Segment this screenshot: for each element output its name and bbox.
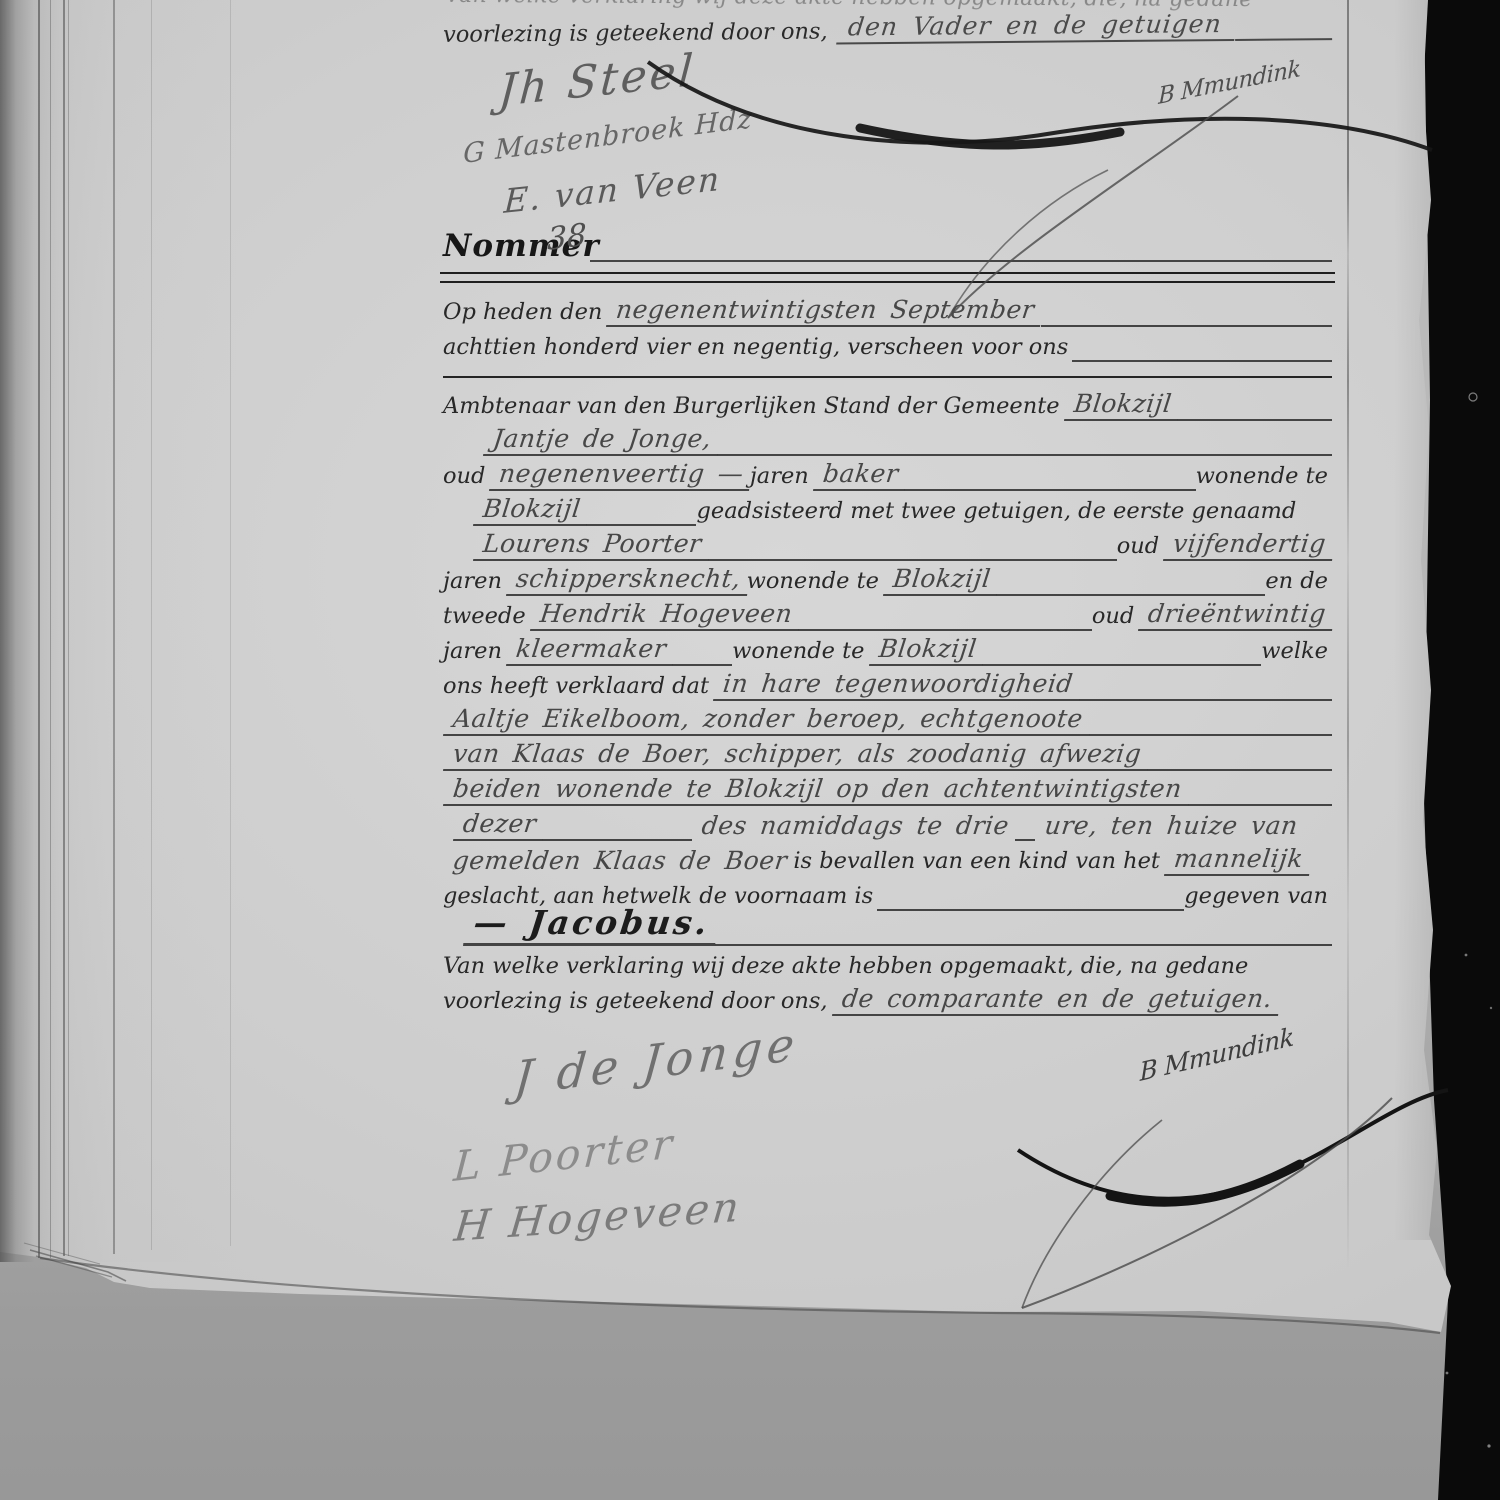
act-line: Op heden dennegenentwintigsten September (443, 292, 1332, 327)
blank-line (996, 580, 1265, 596)
page-edge-line (68, 0, 69, 1256)
act-body: Op heden dennegenentwintigsten September… (443, 292, 1332, 1016)
handwritten-entry: drieëntwintig (1138, 599, 1336, 631)
act-line: jarenschippersknecht,wonende teBlokzijle… (443, 561, 1332, 596)
handwritten-entry: kleermaker (506, 634, 676, 666)
blank-line (1015, 825, 1035, 841)
blank-line (877, 895, 1184, 911)
blank-line (1147, 755, 1332, 771)
record-number-value: 38 (547, 217, 587, 258)
handwritten-entry: beiden wonende te Blokzijl op den achten… (443, 774, 1192, 806)
printed-text: Ambtenaar van den Burgerlijken Stand der… (443, 393, 1064, 421)
page-edge-line (63, 0, 65, 1256)
page-edge-line (113, 0, 115, 1254)
handwritten-entry: schippersknecht, (506, 564, 751, 596)
blank-line (1041, 311, 1332, 327)
act-line: jarenkleermakerwonende teBlokzijlwelke (443, 631, 1332, 666)
blank-line (1235, 24, 1332, 41)
act-line: ons heeft verklaard datin hare tegenwoor… (443, 666, 1332, 701)
page-edge-line (230, 0, 231, 1246)
handwritten-entry: gemelden Klaas de Boer (443, 846, 797, 876)
blank-line (1188, 790, 1332, 806)
printed-text: oud (443, 463, 489, 491)
section-rule (443, 376, 1332, 378)
act-line: Ambtenaar van den Burgerlijken Stand der… (443, 386, 1332, 421)
handwritten-entry: den Vader en de getuigen (836, 9, 1237, 45)
act-line: Blokzijlgeadsisteerd met twee getuigen, … (443, 491, 1332, 526)
handwritten-entry: Blokzijl (1064, 389, 1181, 421)
record-number-fill-line (590, 260, 1332, 262)
printed-text: oud (1092, 603, 1138, 631)
handwritten-entry: mannelijk (1164, 844, 1313, 876)
handwritten-entry: Jantje de Jonge, (483, 424, 721, 456)
printed-text: achttien honderd vier en negentig, versc… (443, 334, 1072, 362)
printed-text: geadsisteerd met twee getuigen, de eerst… (696, 498, 1300, 526)
handwritten-entry: in hare tegenwoordigheid (713, 669, 1083, 701)
act-line: achttien honderd vier en negentig, versc… (443, 327, 1332, 362)
section-double-rule (440, 272, 1335, 283)
blank-line (672, 650, 732, 666)
page-edge-line (50, 0, 51, 1258)
printed-text: jaren (443, 638, 506, 666)
handwritten-entry: Lourens Poorter (473, 529, 711, 561)
printed-text: Van welke verklaring wij deze akte hebbe… (443, 953, 1252, 981)
ruled-margin-line (1347, 0, 1349, 1270)
act-line: tweedeHendrik Hogeveenouddrieëntwintig (443, 596, 1332, 631)
handwritten-entry: baker (813, 459, 908, 491)
handwritten-entry: vijfendertig (1163, 529, 1336, 561)
blank-line (708, 545, 1117, 561)
printed-text: wonende te (1196, 463, 1332, 491)
blank-line (904, 475, 1196, 491)
page-edge-line (38, 0, 40, 1258)
act-line: Aaltje Eikelboom, zonder beroep, echtgen… (443, 701, 1332, 736)
page-edge-line (151, 0, 152, 1250)
handwritten-entry: Hendrik Hogeveen (530, 599, 802, 631)
blank-line (1089, 720, 1332, 736)
act-line: dezerdes namiddags te drieure, ten huize… (443, 806, 1332, 841)
printed-text: ons heeft verklaard dat (443, 673, 713, 701)
printed-text: wonende te (732, 638, 868, 666)
act-line: beiden wonende te Blokzijl op den achten… (443, 771, 1332, 806)
blank-line (1072, 346, 1332, 362)
handwritten-entry: negenentwintigsten September (606, 295, 1044, 327)
handwritten-entry: des namiddags te drie (692, 811, 1019, 841)
blank-line (542, 825, 692, 841)
act-line: Jantje de Jonge, (443, 421, 1332, 456)
blank-line (982, 650, 1261, 666)
act-line: — Jacobus. (443, 911, 1332, 946)
printed-text: jaren (443, 568, 506, 596)
printed-text: wonende te (747, 568, 883, 596)
printed-text: welke (1261, 638, 1332, 666)
printed-text: en de (1265, 568, 1332, 596)
printed-text: voorlezing is geteekend door ons, (443, 18, 838, 47)
act-line: voorlezing is geteekend door ons,de comp… (443, 981, 1332, 1016)
act-line: van Klaas de Boer, schipper, als zoodani… (443, 736, 1332, 771)
handwritten-entry: van Klaas de Boer, schipper, als zoodani… (443, 739, 1151, 771)
printed-text: tweede (443, 603, 530, 631)
handwritten-entry: ure, ten huize van (1035, 811, 1308, 841)
printed-text: Op heden den (443, 299, 606, 327)
printed-text: voorlezing is geteekend door ons, (443, 988, 832, 1016)
printed-text: is bevallen van een kind van het (793, 848, 1164, 876)
act-line: Lourens Poorteroudvijfendertig (443, 526, 1332, 561)
blank-line (717, 440, 1332, 456)
blank-line (1177, 405, 1332, 421)
blank-line (715, 930, 1332, 946)
handwritten-entry: Blokzijl (869, 634, 986, 666)
handwritten-entry: de comparante en de getuigen. (832, 984, 1282, 1016)
blank-line (1079, 685, 1332, 701)
blank-line (586, 510, 696, 526)
handwritten-entry: Blokzijl (883, 564, 1000, 596)
handwritten-entry: negenenveertig — (489, 459, 753, 491)
printed-text: jaren (750, 463, 813, 491)
act-line: gemelden Klaas de Boeris bevallen van ee… (443, 841, 1332, 876)
act-line: Van welke verklaring wij deze akte hebbe… (443, 946, 1332, 981)
handwritten-entry: Aaltje Eikelboom, zonder beroep, echtgen… (443, 704, 1093, 736)
handwritten-entry: — Jacobus. (463, 903, 720, 946)
blank-line (798, 615, 1092, 631)
handwritten-entry: dezer (453, 809, 546, 841)
printed-text: oud (1117, 533, 1163, 561)
handwritten-entry: Blokzijl (473, 494, 590, 526)
act-line: oudnegenenveertig —jarenbakerwonende te (443, 456, 1332, 491)
scan-stage: Van welke verklaring wij deze akte hebbe… (0, 0, 1500, 1500)
printed-text: gegeven van (1184, 883, 1332, 911)
